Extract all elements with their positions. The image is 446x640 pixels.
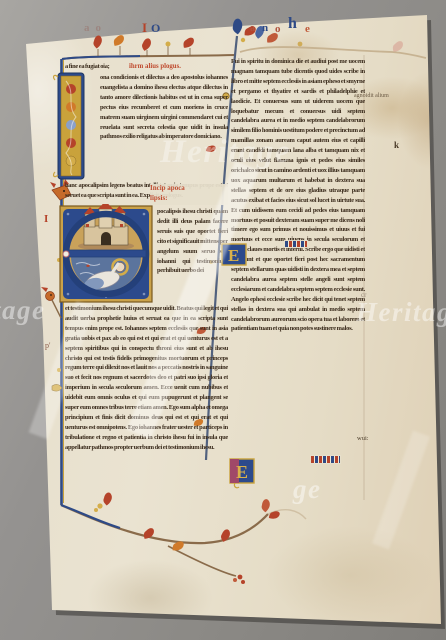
margin-gloss: agnoidit alium [354, 93, 389, 99]
gilded-initial-E-top: E [221, 243, 247, 266]
manuscript-photo: ao I O a n o h e a fine ea fugiat oia; i… [0, 0, 446, 640]
running-title-letter: I [142, 20, 147, 36]
margin-mark: cr [361, 291, 366, 299]
left-column-segA: ona condicionis et dilectus a deo aposto… [100, 73, 228, 181]
running-title-letter: e [305, 23, 310, 35]
rubric-prologue: ihrm alius plogus. [129, 62, 229, 72]
line-filler [311, 456, 340, 463]
svg-text:E: E [236, 462, 248, 482]
margin-gloss: wui: [357, 435, 369, 442]
left-column-segC: pocalipsis ihesu christi quam dedit illi… [157, 207, 228, 302]
running-title-letter: o [275, 23, 281, 35]
line-filler [285, 241, 307, 247]
running-title-letter: n [262, 22, 268, 34]
running-title-letter: a [250, 23, 255, 34]
left-column-segD: et testimonium ihesu christi quecumque u… [65, 304, 228, 502]
miniature-saint-john [58, 204, 154, 305]
running-title-letter: h [288, 15, 297, 33]
margin-note: k [394, 140, 399, 150]
chapter-numeral: I [44, 213, 48, 225]
running-title-letter: O [151, 21, 160, 36]
watermark-text: Heritage [0, 295, 45, 326]
right-column-text: Fui in spiritu in dominica die et audiui… [231, 57, 365, 498]
foliate-initial-I [52, 71, 98, 183]
running-title-faint: ao [84, 22, 107, 34]
gilded-initial-E-bottom: E [229, 458, 255, 490]
svg-text:E: E [228, 246, 239, 265]
margin-mark: p' [45, 341, 50, 350]
rubric-incipit-apocalipsis: Incip apoca lipsis: [150, 184, 228, 205]
